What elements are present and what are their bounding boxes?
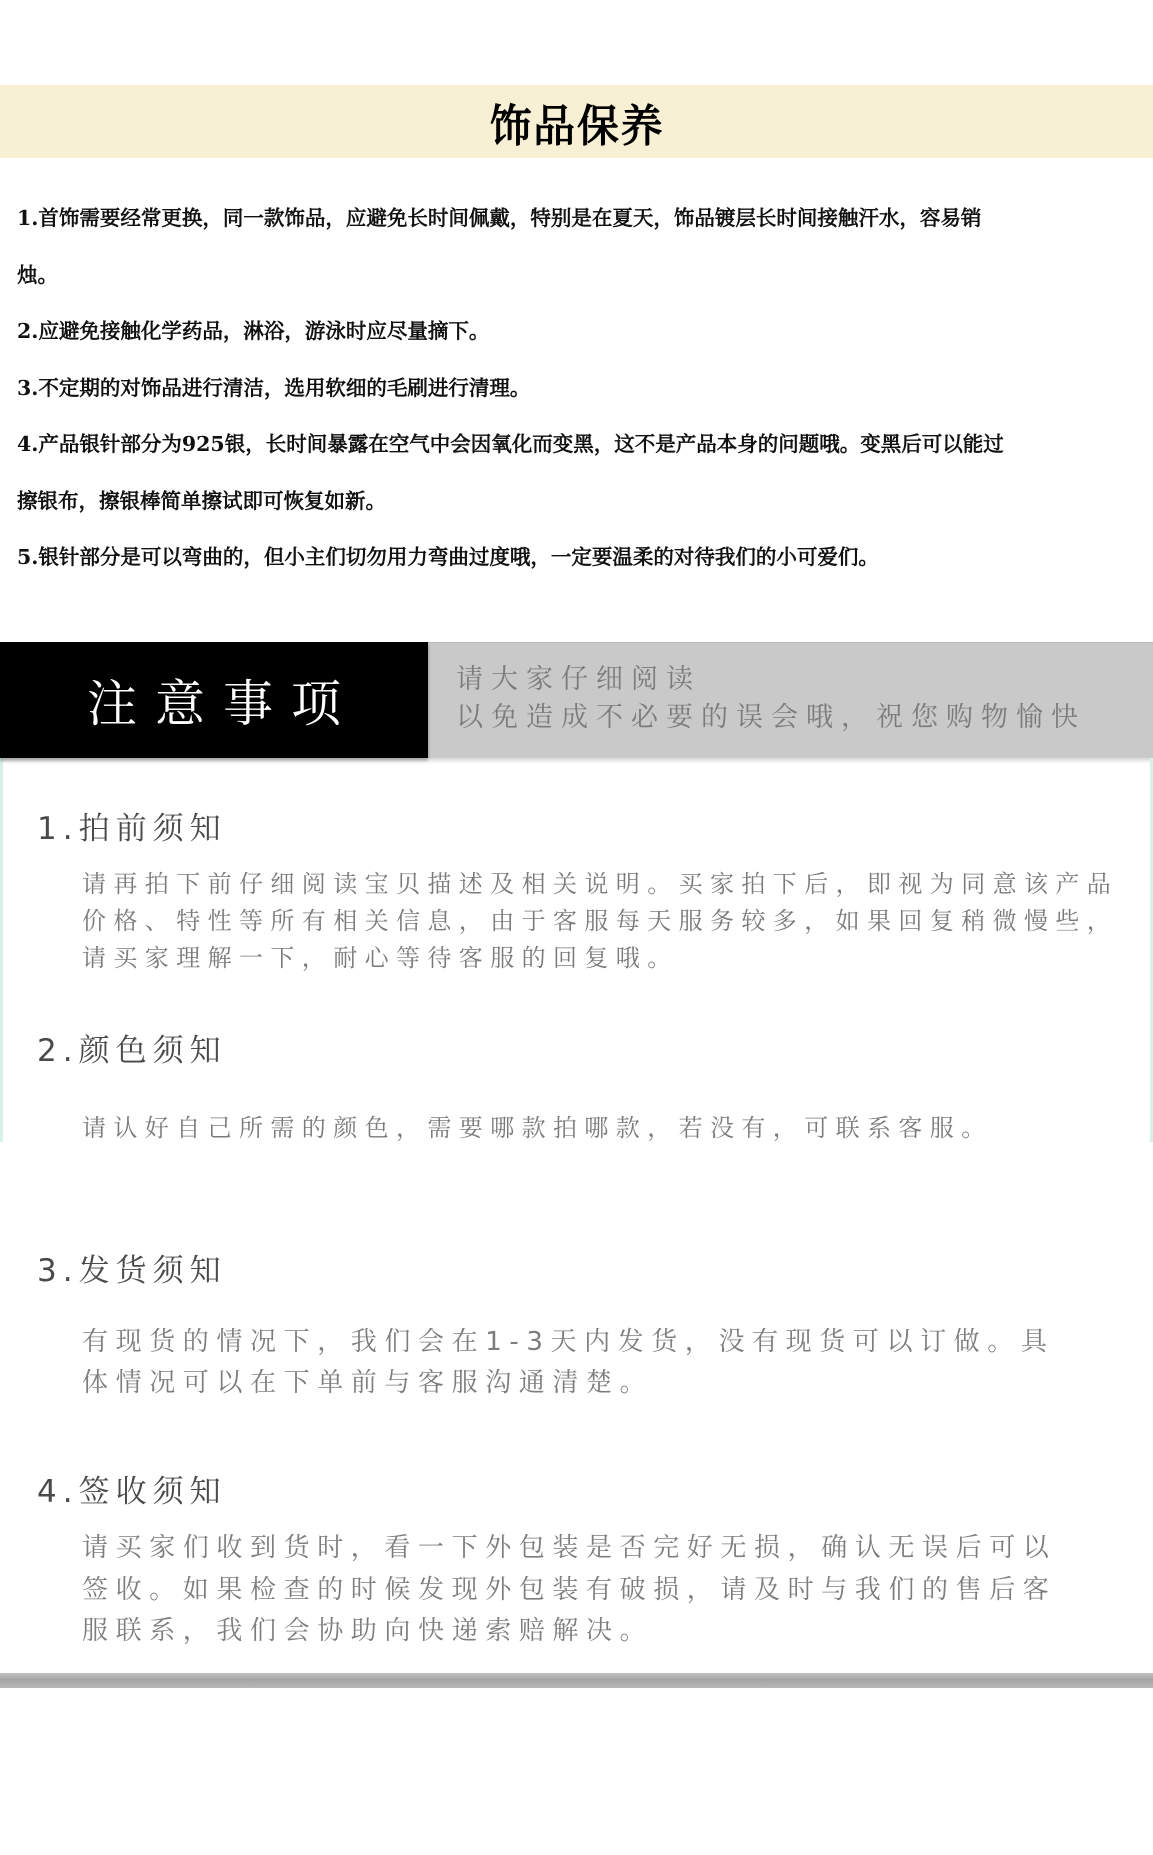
section-line: 有现货的情况下，我们会在1-3天内发货，没有现货可以订做。具 [82,1322,1142,1363]
care-banner: 饰品保养 [0,85,1153,158]
care-item-4: 4.产品银针部分为925银，长时间暴露在空气中会因氧化而变黑，这不是产品本身的问… [17,416,1147,473]
section-heading-before-purchase: 1.拍前须知 [37,803,227,848]
notice-header: 注意事项 请大家仔细阅读 以免造成不必要的误会哦，祝您购物愉快 [0,642,1153,758]
notice-title-block: 注意事项 [0,642,428,758]
section-body-receipt: 请买家们收到货时，看一下外包装是否完好无损，确认无误后可以 签收。如果检查的时候… [82,1528,1142,1653]
bottom-divider-bar [0,1673,1153,1688]
section-heading-color: 2.颜色须知 [37,1025,227,1070]
section-line: 请买家们收到货时，看一下外包装是否完好无损，确认无误后可以 [82,1528,1142,1570]
section-heading-shipping: 3.发货须知 [37,1245,227,1290]
section-heading-receipt: 4.签收须知 [37,1466,227,1511]
section-line: 体情况可以在下单前与客服沟通清楚。 [82,1363,1142,1404]
section-body-before-purchase: 请再拍下前仔细阅读宝贝描述及相关说明。买家拍下后，即视为同意该产品 价格、特性等… [82,866,1142,977]
section-line: 请买家理解一下，耐心等待客服的回复哦。 [82,940,1142,977]
care-item-1-continued: 烛。 [17,247,1147,304]
section-line: 请认好自己所需的颜色，需要哪款拍哪款，若没有，可联系客服。 [82,1110,1142,1146]
notice-subtitle-block: 请大家仔细阅读 以免造成不必要的误会哦，祝您购物愉快 [428,642,1153,758]
notice-title: 注意事项 [87,664,359,736]
care-item-4-continued: 擦银布，擦银棒简单擦试即可恢复如新。 [17,473,1147,530]
care-title: 饰品保养 [489,90,664,154]
notice-subtitle-line-2: 以免造成不必要的误会哦，祝您购物愉快 [456,699,1153,737]
section-body-shipping: 有现货的情况下，我们会在1-3天内发货，没有现货可以订做。具 体情况可以在下单前… [82,1322,1142,1404]
section-line: 服联系，我们会协助向快递索赔解决。 [82,1611,1142,1653]
section-line: 价格、特性等所有相关信息，由于客服每天服务较多，如果回复稍微慢些， [82,903,1142,940]
notice-subtitle-line-1: 请大家仔细阅读 [456,661,1153,699]
care-item-2: 2.应避免接触化学药品，淋浴，游泳时应尽量摘下。 [17,303,1147,360]
care-instructions-list: 1.首饰需要经常更换，同一款饰品，应避免长时间佩戴，特别是在夏天，饰品镀层长时间… [17,190,1147,586]
section-body-color: 请认好自己所需的颜色，需要哪款拍哪款，若没有，可联系客服。 [82,1110,1142,1146]
care-item-5: 5.银针部分是可以弯曲的，但小主们切勿用力弯曲过度哦，一定要温柔的对待我们的小可… [17,529,1147,586]
care-item-1: 1.首饰需要经常更换，同一款饰品，应避免长时间佩戴，特别是在夏天，饰品镀层长时间… [17,190,1147,247]
care-item-3: 3.不定期的对饰品进行清洁，选用软细的毛刷进行清理。 [17,360,1147,417]
section-line: 请再拍下前仔细阅读宝贝描述及相关说明。买家拍下后，即视为同意该产品 [82,866,1142,903]
section-line: 签收。如果检查的时候发现外包装有破损，请及时与我们的售后客 [82,1570,1142,1612]
